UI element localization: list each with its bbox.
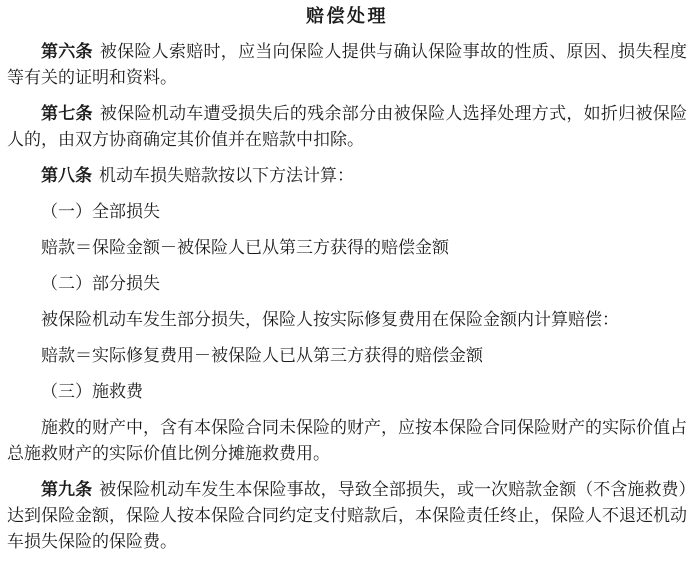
document-page: 赔偿处理 第六条被保险人索赔时，应当向保险人提供与确认保险事故的性质、原因、损失… — [0, 0, 694, 570]
list-item-2-partial-loss: （二）部分损失 — [7, 271, 687, 297]
article-8-label: 第八条 — [41, 166, 92, 185]
article-9-paragraph: 第九条被保险机动车发生本保险事故，导致全部损失，或一次赔款金额（不含施救费）达到… — [7, 477, 687, 555]
article-7-label: 第七条 — [41, 104, 93, 123]
list-item-1-total-loss: （一）全部损失 — [7, 199, 687, 225]
paragraph-partial-loss-desc: 被保险机动车发生部分损失，保险人按实际修复费用在保险金额内计算赔偿： — [7, 307, 687, 333]
article-9-label: 第九条 — [41, 480, 92, 499]
article-7-text: 被保险机动车遭受损失后的残余部分由被保险人选择处理方式，如折归被保险人的，由双方… — [7, 104, 687, 149]
article-6-label: 第六条 — [41, 42, 93, 61]
list-item-3-salvage-fee: （三）施救费 — [7, 379, 687, 405]
article-7-paragraph: 第七条被保险机动车遭受损失后的残余部分由被保险人选择处理方式，如折归被保险人的，… — [7, 101, 687, 153]
document-title: 赔偿处理 — [7, 3, 687, 29]
article-8-paragraph: 第八条机动车损失赔款按以下方法计算： — [7, 163, 687, 189]
article-8-text: 机动车损失赔款按以下方法计算： — [99, 166, 354, 185]
paragraph-salvage-fee-desc: 施救的财产中，含有本保险合同未保险的财产，应按本保险合同保险财产的实际价值占总施… — [7, 415, 687, 467]
formula-total-loss: 赔款＝保险金额－被保险人已从第三方获得的赔偿金额 — [7, 235, 687, 261]
article-6-paragraph: 第六条被保险人索赔时，应当向保险人提供与确认保险事故的性质、原因、损失程度等有关… — [7, 39, 687, 91]
article-6-text: 被保险人索赔时，应当向保险人提供与确认保险事故的性质、原因、损失程度等有关的证明… — [7, 42, 687, 87]
article-9-text: 被保险机动车发生本保险事故，导致全部损失，或一次赔款金额（不含施救费）达到保险金… — [7, 480, 687, 551]
formula-partial-loss: 赔款＝实际修复费用－被保险人已从第三方获得的赔偿金额 — [7, 343, 687, 369]
